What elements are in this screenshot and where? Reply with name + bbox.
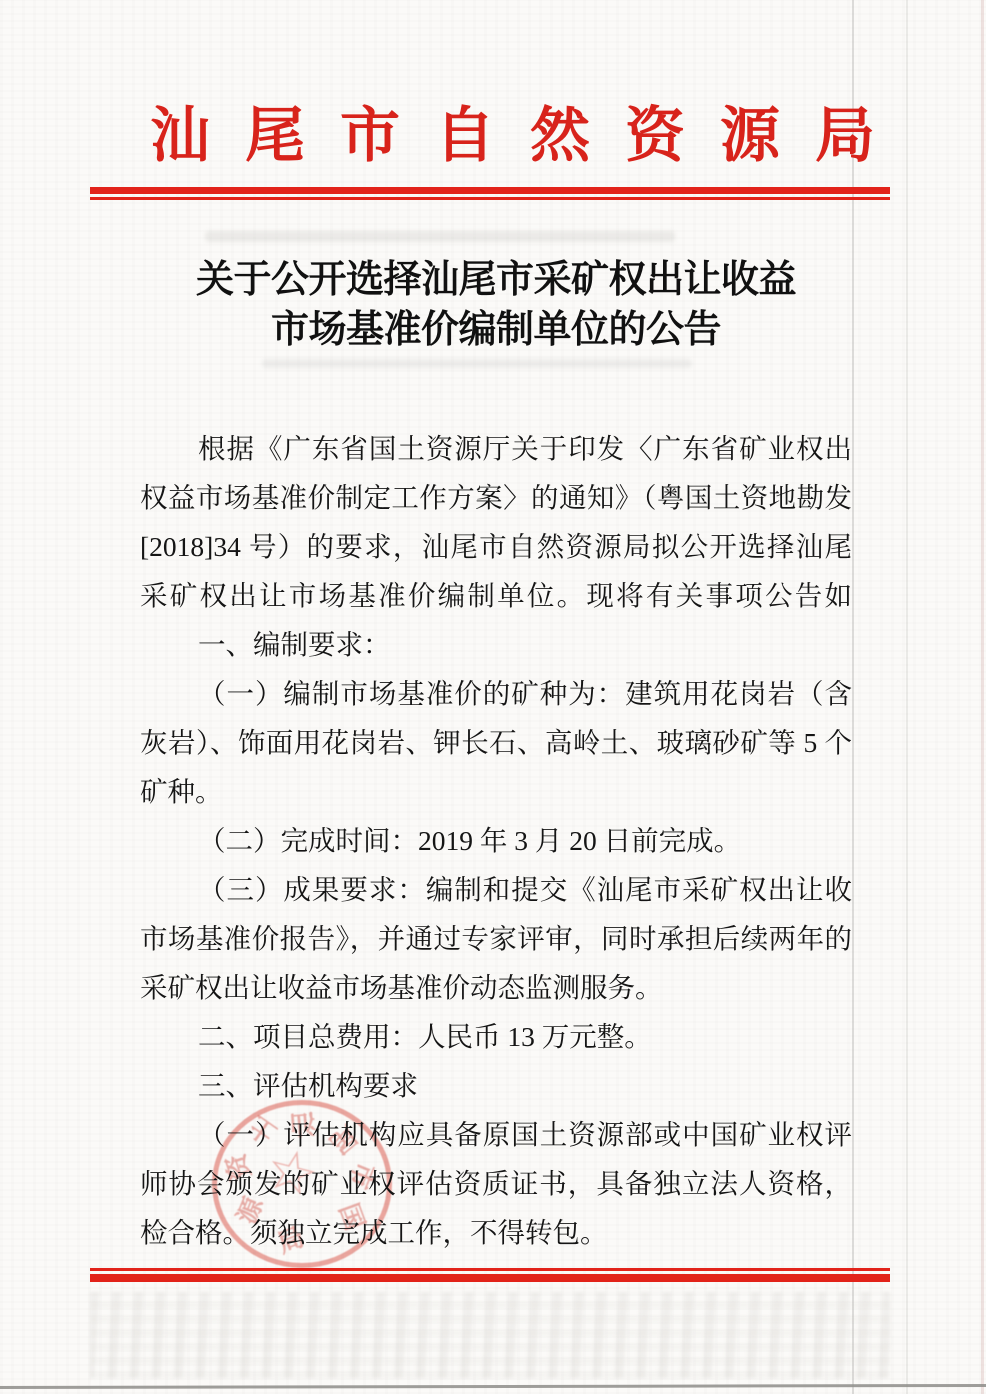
- body-line-17: 检合格。须独立完成工作，不得转包。: [140, 1208, 852, 1257]
- paper-bottom-edge: [0, 1384, 986, 1389]
- body-line-16: 师协会颁发的矿业权评估资质证书，具备独立法人资格，年: [140, 1159, 852, 1208]
- body-line-12: 采矿权出让收益市场基准价动态监测服务。: [140, 963, 852, 1012]
- body-line-6: （一）编制市场基准价的矿种为：建筑用花岗岩（含凝: [140, 669, 852, 718]
- bleedthrough-smudge: [262, 359, 692, 368]
- notice-title: 关于公开选择汕尾市采矿权出让收益 市场基准价编制单位的公告: [140, 255, 852, 355]
- scan-vertical-line: [906, 0, 908, 1394]
- notice-title-line2: 市场基准价编制单位的公告: [140, 305, 852, 355]
- scan-vertical-line: [981, 0, 984, 1394]
- body-line-9: （二）完成时间：2019 年 3 月 20 日前完成。: [140, 816, 852, 865]
- scan-vertical-line: [852, 0, 854, 1394]
- bleedthrough-texture: [90, 1292, 890, 1378]
- notice-title-line1: 关于公开选择汕尾市采矿权出让收益: [140, 255, 852, 305]
- body-line-7: 灰岩）、饰面用花岗岩、钾长石、高岭土、玻璃砂矿等 5 个: [140, 718, 852, 767]
- bleedthrough-smudge: [205, 231, 675, 242]
- body-line-1: 根据《广东省国土资源厅关于印发〈广东省矿业权出让: [140, 424, 852, 473]
- agency-letterhead-title: 汕尾市自然资源局: [150, 104, 910, 168]
- body-line-10: （三）成果要求：编制和提交《汕尾市采矿权出让收益: [140, 865, 852, 914]
- letterhead-rule-thick: [90, 187, 890, 194]
- notice-body: 根据《广东省国土资源厅关于印发〈广东省矿业权出让 权益市场基准价制定工作方案〉的…: [140, 424, 852, 1257]
- body-line-14: 三、评估机构要求: [140, 1061, 852, 1110]
- body-line-11: 市场基准价报告》，并通过专家评审，同时承担后续两年的: [140, 914, 852, 963]
- body-line-8: 矿种。: [140, 767, 852, 816]
- footer-rule-thick: [90, 1274, 890, 1282]
- body-line-2: 权益市场基准价制定工作方案〉的通知》（粤国土资地勘发: [140, 473, 852, 522]
- footer-rule-thin: [90, 1268, 890, 1271]
- body-line-13: 二、项目总费用：人民币 13 万元整。: [140, 1012, 852, 1061]
- body-line-15: （一）评估机构应具备原国土资源部或中国矿业权评估: [140, 1110, 852, 1159]
- body-line-3: [2018]34 号）的要求，汕尾市自然资源局拟公开选择汕尾市: [140, 522, 852, 571]
- scanned-official-notice-page: 汕尾市自然资源局 ☆ 汕 尾 市 国 土 资 源 局 关于公开选择汕尾市采矿权出…: [0, 0, 986, 1394]
- body-line-4: 采矿权出让市场基准价编制单位。现将有关事项公告如下：: [140, 571, 852, 620]
- body-line-5: 一、编制要求：: [140, 620, 852, 669]
- letterhead-rule-thin: [90, 197, 890, 200]
